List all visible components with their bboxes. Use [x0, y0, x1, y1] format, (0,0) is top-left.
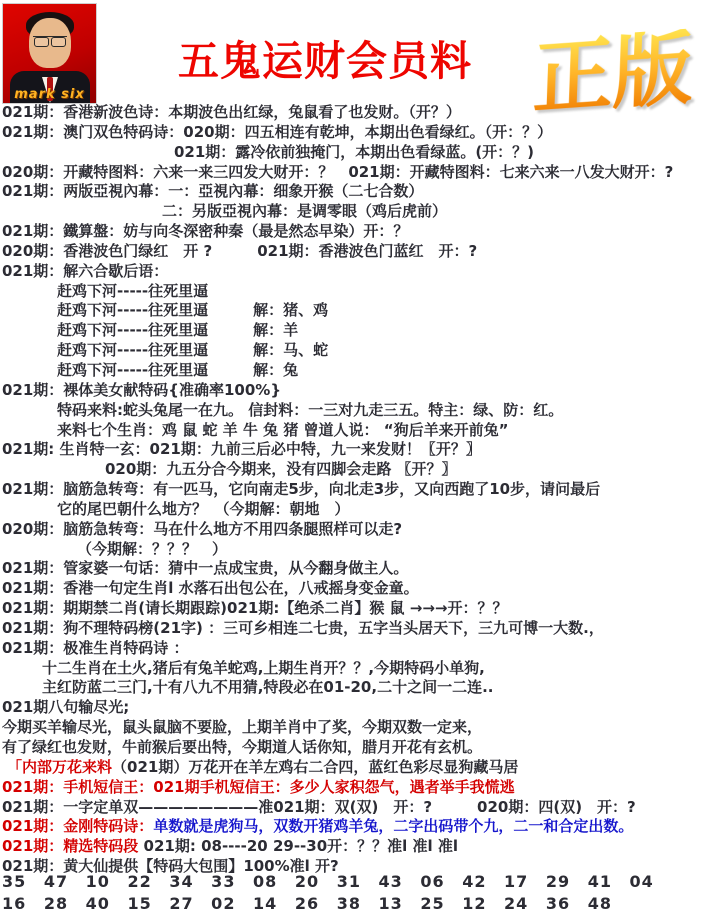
text-segment: 021期：脑筋急转弯：有一匹马，它向南走5步，向北走3步，又向西跑了10步，请问… — [2, 480, 600, 498]
text-segment: 它的尾巴朝什么地方？ （今期解：朝地 ） — [57, 500, 350, 518]
text-segment: 来料七个生肖：鸡 鼠 蛇 羊 牛 兔 猪 曾道人说： “狗后羊来开前兔” — [57, 421, 509, 439]
text-segment: 021期: 08----20 29--30开：？？准l 准l 准l — [138, 837, 458, 855]
text-segment: 020期：香港波色门绿红 开 ? 021期：香港波色门蓝红 开：? — [2, 242, 477, 260]
text-line: 赶鸡下河-----往死里逼 解：羊 — [2, 321, 721, 341]
text-line: 二：另版亞視內幕：是调零眼（鸡后虎前） — [2, 202, 721, 222]
text-line: 021期：狗不理特码榜(21字) ：三可乡相连二七贵，五字当头居天下，三九可博一… — [2, 619, 721, 639]
text-segment: 单数就是虎狗马，双数开猪鸡羊兔，二字出码带个九，二一和合定出数。 — [153, 817, 633, 835]
text-segment: 021期：澳门双色特码诗：020期：四五相连有乾坤，本期出色看绿红。（开：？） — [2, 123, 552, 141]
text-segment: 二：另版亞視內幕：是调零眼（鸡后虎前） — [162, 202, 447, 220]
text-segment: 今期买羊输尽光，鼠头鼠脑不要脸，上期羊肖中了奖，今期双数一定来， — [2, 718, 482, 736]
text-line: 十二生肖在土火,猪后有兔羊蛇鸡,上期生肖开？？,今期特码小单狗, — [2, 659, 721, 679]
text-segment: 赶鸡下河-----往死里逼 解：羊 — [57, 321, 298, 339]
content-lines: 021期：香港新波色诗：本期波色出红绿，兔鼠看了也发财。（开？）021期：澳门双… — [2, 103, 721, 877]
text-line: 020期：香港波色门绿红 开 ? 021期：香港波色门蓝红 开：? — [2, 242, 721, 262]
text-line: 有了绿红也发财，牛前猴后要出特，今期道人话你知，腊月开花有玄机。 — [2, 738, 721, 758]
glasses-icon — [33, 36, 67, 46]
text-segment: 021期：管家婆一句话：猜中一点成宝贵，从今翻身做主人。 — [2, 559, 408, 577]
photo-caption: mark six — [3, 87, 96, 102]
text-segment: 021期：期期禁二肖(请长期跟踪)021期:【绝杀二肖】猴 鼠 →→→开：？？ — [2, 599, 507, 617]
text-segment: 021期：精选特码段 — [2, 837, 138, 855]
text-segment: 「内部万花来料 — [7, 758, 112, 776]
text-line: 021期：管家婆一句话：猜中一点成宝贵，从今翻身做主人。 — [2, 559, 721, 579]
page: mark six 五鬼运财会员料 正版 021期：香港新波色诗：本期波色出红绿，… — [0, 0, 721, 911]
text-segment: 021期：解六合歇后语： — [2, 262, 168, 280]
text-segment: 021期：鐵算盤：妨与向冬深密种秦（最是然态早染）开：？ — [2, 222, 408, 240]
text-line: 021期：裸体美女献特码{准确率100%} — [2, 381, 721, 401]
text-segment: 021期：手机短信王：021期手机短信王：多少人家积怨气，遇者举手我慌逃 — [2, 778, 515, 796]
text-segment: 021期：极准生肖特码诗 ： — [2, 639, 189, 657]
text-segment: 021期：金刚特码诗： — [2, 817, 153, 835]
text-line: 021期：鐵算盤：妨与向冬深密种秦（最是然态早染）开：？ — [2, 222, 721, 242]
text-segment: 021期：狗不理特码榜(21字) ：三可乡相连二七贵，五字当头居天下，三九可博一… — [2, 619, 604, 637]
text-line: 来料七个生肖：鸡 鼠 蛇 羊 牛 兔 猪 曾道人说： “狗后羊来开前兔” — [2, 421, 721, 441]
text-line: 021期：手机短信王：021期手机短信王：多少人家积怨气，遇者举手我慌逃 — [2, 778, 721, 798]
text-segment: 赶鸡下河-----往死里逼 — [57, 282, 208, 300]
text-line: 020期：脑筋急转弯：马在什么地方不用四条腿照样可以走? — [2, 520, 721, 540]
text-line: 020期：九五分合今期来，没有四脚会走路 〖开？〗 — [2, 460, 721, 480]
text-segment: 020期：脑筋急转弯：马在什么地方不用四条腿照样可以走? — [2, 520, 402, 538]
text-line: 020期：开藏特图料：六来一来三四发大财开：？ 021期：开藏特图料：七来六来一… — [2, 163, 721, 183]
text-segment: 021期：裸体美女献特码{准确率100%} — [2, 381, 281, 399]
text-line: 021期：金刚特码诗：单数就是虎狗马，双数开猪鸡羊兔，二字出码带个九，二一和合定… — [2, 817, 721, 837]
text-line: 021期：期期禁二肖(请长期跟踪)021期:【绝杀二肖】猴 鼠 →→→开：？？ — [2, 599, 721, 619]
text-line: 今期买羊输尽光，鼠头鼠脑不要脸，上期羊肖中了奖，今期双数一定来， — [2, 718, 721, 738]
text-line: 021期：极准生肖特码诗 ： — [2, 639, 721, 659]
text-segment: 赶鸡下河-----往死里逼 解：猪、鸡 — [57, 301, 328, 319]
text-line: 赶鸡下河-----往死里逼 解：兔 — [2, 361, 721, 381]
text-line: 「内部万花来料（021期）万花开在羊左鸡右二合四，蓝红色彩尽显狗藏马居 — [2, 758, 721, 778]
number-row-2: 16 28 40 15 27 02 14 26 38 13 25 12 24 3… — [2, 894, 612, 911]
text-line: 021期：香港一句定生肖l 水落石出包公在，八戒摇身变金童。 — [2, 579, 721, 599]
text-line: 021期: 生肖特一玄：021期：九前三后必中特，九一来发财！〖开？〗 — [2, 440, 721, 460]
text-segment: 021期: 生肖特一玄：021期：九前三后必中特，九一来发财！〖开？〗 — [2, 440, 481, 458]
portrait-photo: mark six — [2, 3, 97, 104]
text-segment: （今期解：？？？ ） — [77, 540, 227, 558]
text-line: 赶鸡下河-----往死里逼 解：马、蛇 — [2, 341, 721, 361]
text-segment: （021期）万花开在羊左鸡右二合四，蓝红色彩尽显狗藏马居 — [112, 758, 518, 776]
text-line: 021期：脑筋急转弯：有一匹马，它向南走5步，向北走3步，又向西跑了10步，请问… — [2, 480, 721, 500]
text-segment: 十二生肖在土火,猪后有兔羊蛇鸡,上期生肖开？？,今期特码小单狗, — [42, 659, 485, 677]
text-segment: 021期：两版亞視內幕：一：亞視內幕：细象开猴（二七合数） — [2, 182, 423, 200]
text-line: 主红防蓝二三门,十有八九不用猜,特段必在01-20,二十之间一二连.. — [2, 678, 721, 698]
text-segment: 021期八句输尽光; — [2, 698, 129, 716]
text-segment: 特码来料:蛇头兔尾一在九。 信封料：一三对九走三五。特主：绿、防：红。 — [57, 401, 563, 419]
text-segment: 021期：露冷依前独掩门，本期出色看绿蓝。(开：？) — [174, 143, 534, 161]
text-segment: 021期：香港一句定生肖l 水落石出包公在，八戒摇身变金童。 — [2, 579, 419, 597]
text-line: 021期：香港新波色诗：本期波色出红绿，兔鼠看了也发财。（开？） — [2, 103, 721, 123]
text-segment: 021期：一字定单双————————准021期：双(双) 开：? 020期：四(… — [2, 798, 636, 816]
text-line: 021期八句输尽光; — [2, 698, 721, 718]
text-line: 赶鸡下河-----往死里逼 — [2, 282, 721, 302]
text-line: 021期：澳门双色特码诗：020期：四五相连有乾坤，本期出色看绿红。（开：？） — [2, 123, 721, 143]
text-line: 特码来料:蛇头兔尾一在九。 信封料：一三对九走三五。特主：绿、防：红。 — [2, 401, 721, 421]
text-segment: 020期：九五分合今期来，没有四脚会走路 〖开？〗 — [105, 460, 457, 478]
text-segment: 021期：香港新波色诗：本期波色出红绿，兔鼠看了也发财。（开？） — [2, 103, 461, 121]
text-line: 021期：露冷依前独掩门，本期出色看绿蓝。(开：？) — [2, 143, 721, 163]
text-line: 它的尾巴朝什么地方？ （今期解：朝地 ） — [2, 500, 721, 520]
text-segment: 赶鸡下河-----往死里逼 解：马、蛇 — [57, 341, 328, 359]
text-segment: 主红防蓝二三门,十有八九不用猜,特段必在01-20,二十之间一二连.. — [42, 678, 493, 696]
text-segment: 020期：开藏特图料：六来一来三四发大财开：？ 021期：开藏特图料：七来六来一… — [2, 163, 673, 181]
text-line: （今期解：？？？ ） — [2, 540, 721, 560]
text-segment: 赶鸡下河-----往死里逼 解：兔 — [57, 361, 298, 379]
text-line: 021期：解六合歇后语： — [2, 262, 721, 282]
text-line: 021期：精选特码段 021期: 08----20 29--30开：？？准l 准… — [2, 837, 721, 857]
text-line: 021期：两版亞視內幕：一：亞視內幕：细象开猴（二七合数） — [2, 182, 721, 202]
text-line: 021期：一字定单双————————准021期：双(双) 开：? 020期：四(… — [2, 798, 721, 818]
text-line: 赶鸡下河-----往死里逼 解：猪、鸡 — [2, 301, 721, 321]
number-row-1: 35 47 10 22 34 33 08 20 31 43 06 42 17 2… — [2, 872, 654, 892]
text-segment: 有了绿红也发财，牛前猴后要出特，今期道人话你知，腊月开花有玄机。 — [2, 738, 482, 756]
page-title: 五鬼运财会员料 — [178, 28, 472, 87]
